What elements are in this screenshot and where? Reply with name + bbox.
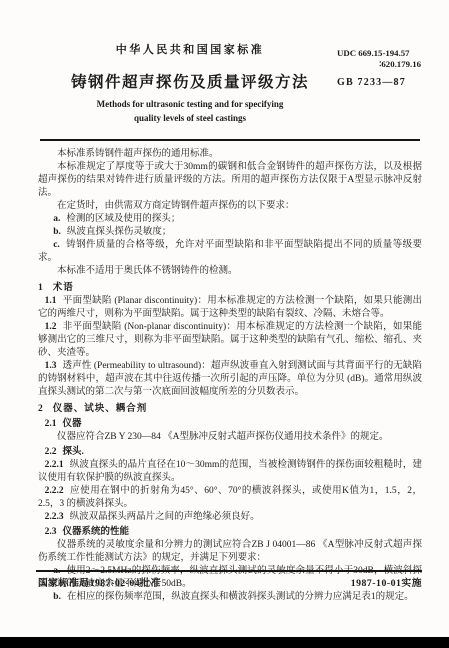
scan-edge-artifact xyxy=(0,637,449,648)
section-2-heading: 2仪器、试块、耦合剂 xyxy=(38,403,422,416)
intro-closing-paragraph: 本标准不适用于奥氏体不锈钢铸件的检测。 xyxy=(38,265,422,278)
clause-number: 1.2 xyxy=(45,322,57,332)
clause-2-1-body: 仪器应符合ZB Y 230—84 《A型脉冲反射式超声探伤仪通用技术条件》的规定… xyxy=(38,431,422,444)
clause-text: 纵波双晶探头两晶片之间的声绝缘必须良好。 xyxy=(70,512,260,522)
clause-2-2-1: 2.2.1纵波直探头的晶片直径在10～30mm的范围，当被检测铸钢件的探伤面较粗… xyxy=(38,459,422,485)
section-title: 术语 xyxy=(53,283,74,293)
approval-date: 国家标准局1987-02-04批准 xyxy=(38,575,161,589)
subsection-2-1-heading: 2.1仪器 xyxy=(38,418,422,431)
clause-text: 应使用在钢中的折射角为45°、60°、70°的横波斜探头，或使用K值为1，1.5… xyxy=(38,486,422,509)
clause-number: 1.1 xyxy=(45,296,57,306)
clause-number: 2.1 xyxy=(45,419,57,429)
item-text: 检测的区域及使用的探头； xyxy=(66,214,180,224)
intro-paragraph-3: 在定货时，由供需双方商定铸钢件超声探伤的以下要求： xyxy=(38,200,422,213)
document-title-english: Methods for ultrasonic testing and for s… xyxy=(40,98,340,125)
item-label: a. xyxy=(53,214,60,224)
term-item-1-1: 1.1平面型缺陷 (Planar discontinuity)：用本标准规定的方… xyxy=(38,295,422,321)
udc-line1: UDC 669.15-194.57 xyxy=(337,48,421,59)
standard-code: GB 7233—87 xyxy=(337,77,406,88)
section-number: 2 xyxy=(38,404,44,414)
clause-2-2-3: 2.2.3纵波双晶探头两晶片之间的声绝缘必须良好。 xyxy=(38,511,422,524)
standard-document-page: 中华人民共和国国家标准 UDC 669.15-194.57 ∶620.179.1… xyxy=(0,0,449,648)
udc-number: UDC 669.15-194.57 ∶620.179.16 xyxy=(337,48,421,69)
document-header: 中华人民共和国国家标准 UDC 669.15-194.57 ∶620.179.1… xyxy=(0,0,449,148)
term-item-1-3: 1.3透声性 (Permeability to ultrasound)：超声纵波… xyxy=(38,360,422,399)
section-1-heading: 1术语 xyxy=(38,282,422,295)
clause-text: 非平面型缺陷 (Non-planar discontinuity)：用本标准规定… xyxy=(38,322,422,358)
clause-2-3-body: 仪器系统的灵敏度余量和分辨力的测试应符合ZB J 04001—86 《A型脉冲反… xyxy=(38,539,422,565)
clause-number: 2.2.3 xyxy=(45,512,64,522)
requirement-item-c: c.铸钢件质量的合格等级，允许对平面型缺陷和非平面型缺陷提出不同的质量等级要求。 xyxy=(38,239,422,265)
subsection-title: 仪器 xyxy=(63,419,82,429)
implementation-date: 1987-10-01实施 xyxy=(351,575,422,589)
item-label: b. xyxy=(53,592,61,602)
section-number: 1 xyxy=(38,283,44,293)
clause-number: 1.3 xyxy=(45,361,57,371)
item-label: c. xyxy=(53,240,60,250)
document-title: 铸钢件超声探伤及质量评级方法 xyxy=(30,70,350,92)
english-title-line2: quality levels of steel castings xyxy=(40,112,340,126)
section-title: 仪器、试块、耦合剂 xyxy=(53,404,148,414)
udc-line2: ∶620.179.16 xyxy=(337,59,421,70)
item-text: 纵波直探头探伤灵敏度； xyxy=(67,227,172,237)
requirement-item-b: b.纵波直探头探伤灵敏度； xyxy=(38,226,422,239)
item-text: 在相应的探伤频率范围，纵波直探头和横波斜探头测试的分辨力应满足表1的规定。 xyxy=(67,592,414,602)
clause-number: 2.3 xyxy=(45,527,57,537)
subsection-2-3-heading: 2.3仪器系统的性能 xyxy=(38,526,422,539)
clause-text: 平面型缺陷 (Planar discontinuity)：用本标准规定的方法检测… xyxy=(38,296,422,319)
national-standard-label: 中华人民共和国国家标准 xyxy=(40,41,340,57)
subsection-2-2-heading: 2.2探头. xyxy=(38,446,422,459)
clause-text: 透声性 (Permeability to ultrasound)：超声纵波垂直入… xyxy=(38,361,422,397)
document-body: 本标准系铸钢件超声探伤的通用标准。 本标准规定了厚度等于或大于30mm的碳钢和低… xyxy=(38,148,422,604)
subsection-title: 仪器系统的性能 xyxy=(63,527,130,537)
subsection-title: 探头. xyxy=(63,447,84,457)
clause-2-3-item-b: b.在相应的探伤频率范围，纵波直探头和横波斜探头测试的分辨力应满足表1的规定。 xyxy=(38,591,422,604)
english-title-line1: Methods for ultrasonic testing and for s… xyxy=(40,98,340,112)
header-divider xyxy=(40,139,420,141)
clause-number: 2.2.2 xyxy=(45,486,64,496)
clause-number: 2.2 xyxy=(45,447,57,457)
term-item-1-2: 1.2非平面型缺陷 (Non-planar discontinuity)：用本标… xyxy=(38,321,422,360)
item-label: b. xyxy=(53,227,61,237)
footer-divider xyxy=(36,570,422,572)
clause-text: 纵波直探头的晶片直径在10～30mm的范围，当被检测铸钢件的探伤面较粗糙时，建议… xyxy=(38,460,422,483)
document-footer: 国家标准局1987-02-04批准 1987-10-01实施 xyxy=(38,575,422,589)
clause-number: 2.2.1 xyxy=(45,460,64,470)
intro-paragraph-2: 本标准规定了厚度等于或大于30mm的碳钢和低合金钢铸件的超声探伤方法，以及根据超… xyxy=(38,161,422,200)
clause-2-2-2: 2.2.2应使用在钢中的折射角为45°、60°、70°的横波斜探头，或使用K值为… xyxy=(38,485,422,511)
item-text: 铸钢件质量的合格等级，允许对平面型缺陷和非平面型缺陷提出不同的质量等级要求。 xyxy=(38,240,422,263)
requirement-item-a: a.检测的区域及使用的探头； xyxy=(38,213,422,226)
intro-paragraph-1: 本标准系铸钢件超声探伤的通用标准。 xyxy=(38,148,422,161)
